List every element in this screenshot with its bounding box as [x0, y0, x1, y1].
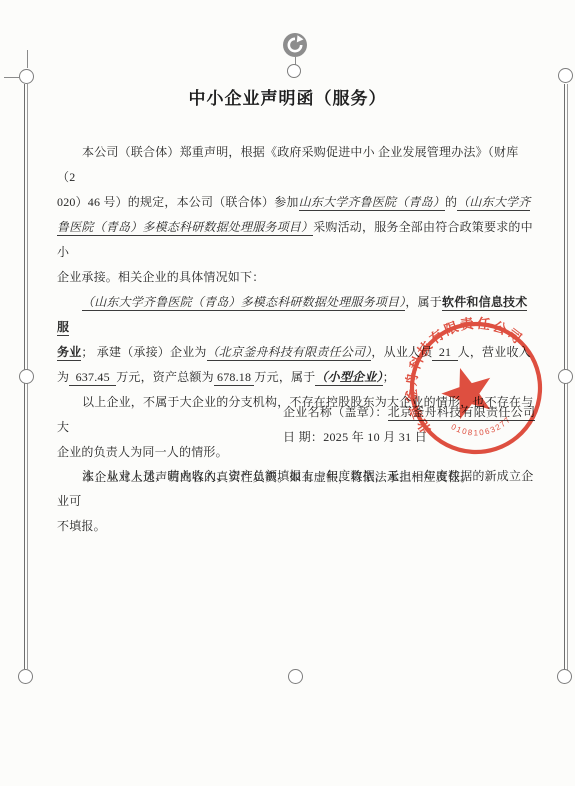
text-run: 鲁医院（青岛）多模态科研数据处理服务项目） — [57, 220, 313, 236]
text-run: （山东大学齐鲁医院（青岛）多模态科研数据处理服务项目） — [82, 295, 405, 311]
document-line: 企业承接。相关企业的具体情况如下： — [57, 265, 535, 290]
text-run: 万元，属于 — [254, 370, 315, 384]
text-run: 不填报。 — [57, 519, 106, 533]
text-run: ，属于 — [405, 295, 442, 309]
text-run: 山东大学齐鲁医院（青岛） — [299, 195, 445, 211]
document-line: 鲁医院（青岛）多模态科研数据处理服务项目）采购活动，服务全部由符合政策要求的中小 — [57, 215, 535, 265]
text-run: 为 — [57, 370, 69, 384]
document-title: 中小企业声明函（服务） — [0, 84, 575, 109]
crop-mark-horizontal — [4, 77, 19, 78]
rotate-icon[interactable] — [282, 32, 308, 58]
handle-top-center[interactable] — [287, 64, 301, 78]
handle-middle-left[interactable] — [19, 369, 34, 384]
svg-text:01081063277: 01081063277 — [448, 405, 516, 447]
scanned-document-page: 中小企业声明函（服务） 本公司（联合体）郑重声明，根据《政府采购促进中小 企业发… — [0, 0, 575, 786]
text-run: 企业的负责人为同一人的情形。 — [57, 445, 228, 459]
text-run: ； 承建（承接）企业为 — [81, 345, 206, 359]
text-run: （小型企业） — [315, 370, 382, 386]
text-run: 务业 — [57, 345, 81, 361]
text-run: 本公司（联合体）郑重声明，根据《政府采购促进中小 企业发展管理办法》（财库（2 — [57, 145, 518, 184]
svg-text:北京釜舟科技有限责任公司: 北京釜舟科技有限责任公司 — [398, 310, 546, 439]
handle-middle-right[interactable] — [558, 369, 573, 384]
handle-bottom-center[interactable] — [288, 669, 303, 684]
document-line: 020）46 号）的规定，本公司（联合体）参加山东大学齐鲁医院（青岛）的（山东大… — [57, 190, 535, 215]
text-run: 637.45 — [69, 370, 116, 386]
document-line: 本公司（联合体）郑重声明，根据《政府采购促进中小 企业发展管理办法》（财库（2 — [57, 140, 535, 190]
company-name-label: 企业名称（盖章）： — [283, 405, 388, 419]
document-note: 注：从业人员、营业收入、资产总额填报上一年度数据，无上一年度数据的新成立企业可不… — [57, 464, 535, 539]
text-run: 企业承接。相关企业的具体情况如下： — [57, 270, 264, 284]
text-run: 万元，资产总额为 — [116, 370, 214, 384]
company-seal-stamp: 北京釜舟科技有限责任公司 01081063277 — [398, 310, 554, 466]
seal-number-text: 01081063277 — [448, 405, 516, 447]
text-run: ； — [383, 370, 395, 384]
document-line: 不填报。 — [57, 514, 535, 539]
handle-bottom-right[interactable] — [557, 669, 572, 684]
text-run: 020）46 号）的规定，本公司（联合体）参加 — [57, 195, 299, 209]
text-run: 的 — [445, 195, 457, 209]
text-run: （北京釜舟科技有限责任公司） — [207, 345, 372, 361]
text-run: 678.18 — [214, 370, 255, 386]
document-line: 注：从业人员、营业收入、资产总额填报上一年度数据，无上一年度数据的新成立企业可 — [57, 464, 535, 514]
handle-top-right[interactable] — [558, 68, 573, 83]
text-run: 注：从业人员、营业收入、资产总额填报上一年度数据，无上一年度数据的新成立企业可 — [57, 469, 533, 508]
seal-star — [436, 360, 500, 422]
handle-top-left[interactable] — [19, 69, 34, 84]
text-run: （山东大学齐 — [457, 195, 530, 211]
handle-bottom-left[interactable] — [18, 669, 33, 684]
crop-mark-vertical — [27, 50, 28, 68]
seal-company-text: 北京釜舟科技有限责任公司 — [398, 310, 546, 439]
